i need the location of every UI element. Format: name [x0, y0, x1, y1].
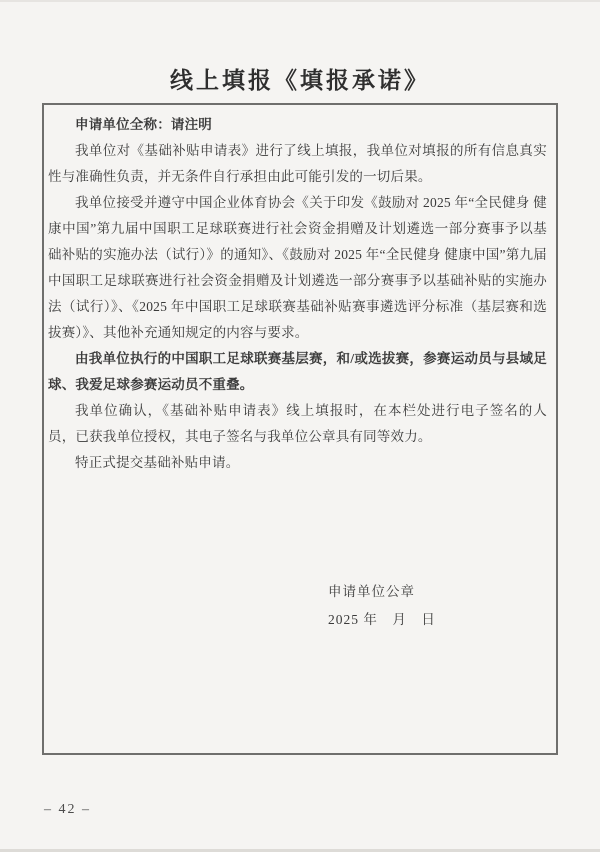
notice-paragraph-3: 由我单位执行的中国职工足球联赛基层赛，和/或选拔赛，参赛运动员与县域足球、我爱足…: [48, 346, 547, 398]
notice-paragraph-4: 我单位确认，《基础补贴申请表》线上填报时，在本栏处进行电子签名的人员，已获我单位…: [48, 398, 547, 450]
notice-paragraph-1: 我单位对《基础补贴申请表》进行了线上填报，我单位对填报的所有信息真实性与准确性负…: [48, 138, 547, 190]
applicant-unit-name-line: 申请单位全称：请注明: [48, 112, 547, 138]
notice-paragraph-5: 特正式提交基础补贴申请。: [48, 450, 547, 476]
stamp-block: 申请单位公章 2025 年 月 日: [328, 578, 436, 634]
stamp-date-line: 2025 年 月 日: [328, 606, 436, 634]
stamp-seal-label: 申请单位公章: [328, 578, 436, 606]
scan-edge-top: [0, 0, 600, 2]
page-title: 线上填报《填报承诺》: [0, 62, 600, 95]
page-number: – 42 –: [44, 802, 91, 818]
commitment-notice-box: 申请单位全称：请注明 我单位对《基础补贴申请表》进行了线上填报，我单位对填报的所…: [42, 103, 558, 755]
notice-paragraph-2: 我单位接受并遵守中国企业体育协会《关于印发《鼓励对 2025 年“全民健身 健康…: [48, 190, 547, 346]
scanned-document-page: { "page": { "background_color": "#f5f4f2…: [0, 0, 600, 852]
